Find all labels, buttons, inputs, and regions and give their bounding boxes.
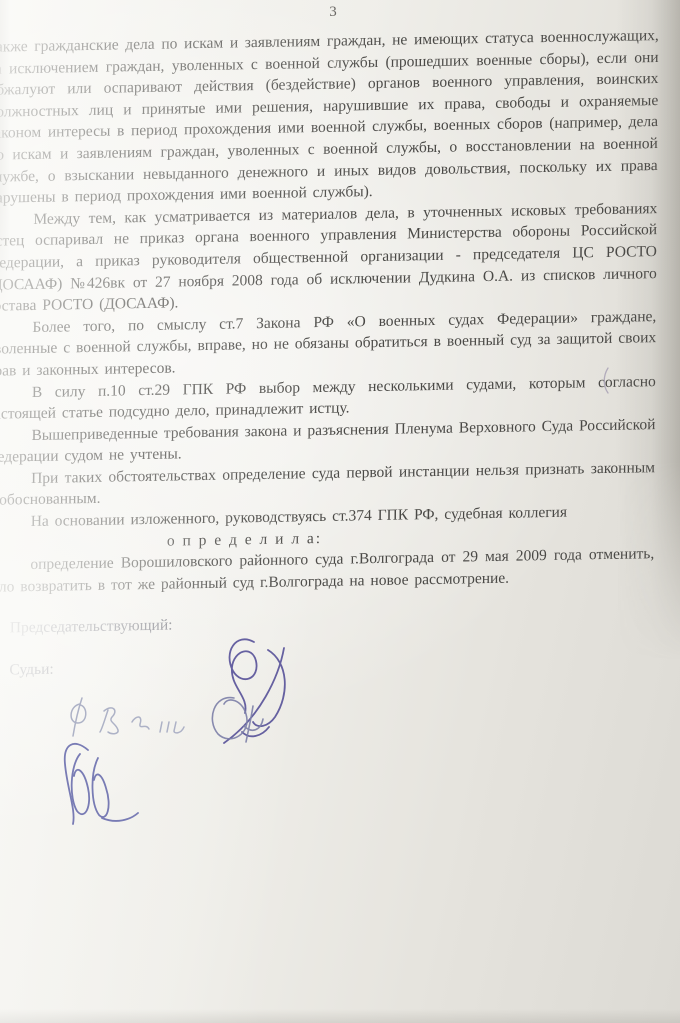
page-number: 3 bbox=[0, 4, 666, 21]
judge-signature bbox=[200, 686, 268, 752]
bottom-edge-shadow bbox=[0, 1009, 680, 1023]
paragraph: также гражданские дела по искам и заявле… bbox=[0, 25, 659, 209]
judge-signature-bottom bbox=[46, 736, 144, 834]
paragraph: Более того, по смыслу ст.7 Закона РФ «О … bbox=[0, 306, 656, 382]
judges-label: Судьи: bbox=[9, 648, 653, 681]
document-body: также гражданские дела по искам и заявле… bbox=[0, 25, 659, 682]
judges-handwritten-script bbox=[58, 694, 234, 744]
scanned-court-document-page: 3 также гражданские дела по искам и заяв… bbox=[0, 0, 680, 1023]
presiding-judge-label: Председательствующий: bbox=[10, 607, 654, 640]
paragraph: Между тем, как усматривается из материал… bbox=[0, 198, 657, 318]
